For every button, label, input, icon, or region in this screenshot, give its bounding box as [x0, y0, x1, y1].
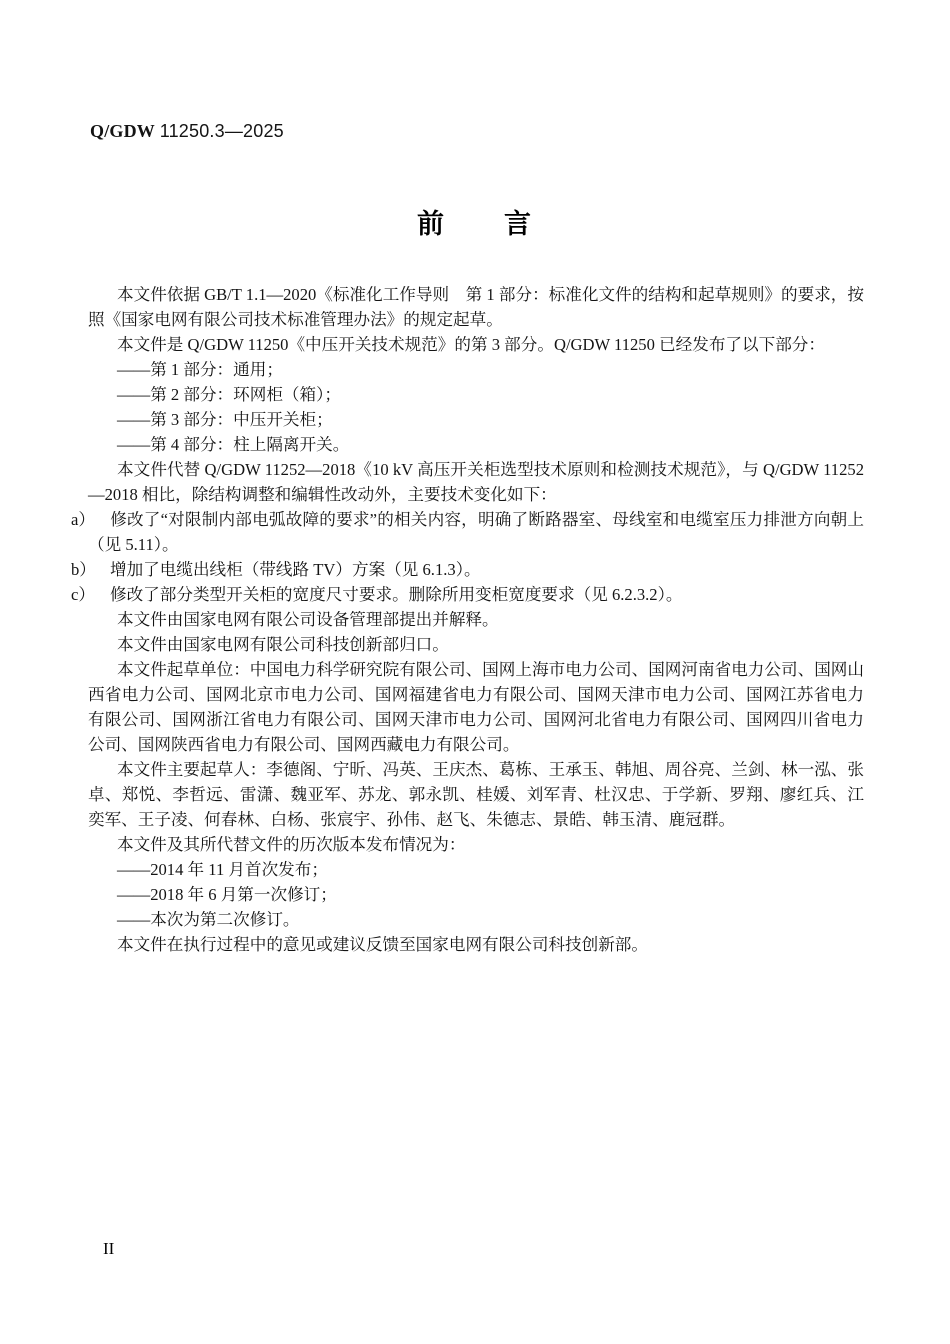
change-item-a-marker: a） — [71, 507, 110, 532]
change-item-b-text: 增加了电缆出线柜（带线路 TV）方案（见 6.1.3）。 — [110, 560, 481, 579]
change-item-b-marker: b） — [71, 557, 110, 582]
document-page: Q/GDW 11250.3—2025 前 言 本文件依据 GB/T 1.1—20… — [0, 0, 950, 1344]
change-list-item-c: c）修改了部分类型开关柜的宽度尺寸要求。删除所用变柜宽度要求（见 6.2.3.2… — [88, 582, 864, 607]
document-code-prefix: Q/GDW — [90, 121, 155, 141]
foreword-paragraph-proposer: 本文件由国家电网有限公司设备管理部提出并解释。 — [88, 607, 864, 632]
change-list-item-b: b）增加了电缆出线柜（带线路 TV）方案（见 6.1.3）。 — [88, 557, 864, 582]
foreword-paragraph-history-intro: 本文件及其所代替文件的历次版本发布情况为： — [88, 832, 864, 857]
change-item-c-text: 修改了部分类型开关柜的宽度尺寸要求。删除所用变柜宽度要求（见 6.2.3.2）。 — [110, 585, 682, 604]
part-list-item-3: ——第 3 部分：中压开关柜； — [88, 407, 864, 432]
foreword-body: 本文件依据 GB/T 1.1—2020《标准化工作导则 第 1 部分：标准化文件… — [88, 282, 864, 957]
part-list-item-1: ——第 1 部分：通用； — [88, 357, 864, 382]
foreword-paragraph-replacement: 本文件代替 Q/GDW 11252—2018《10 kV 高压开关柜选型技术原则… — [88, 457, 864, 507]
page-number: II — [103, 1239, 114, 1259]
part-list-item-4: ——第 4 部分：柱上隔离开关。 — [88, 432, 864, 457]
change-item-a-text: 修改了“对限制内部电弧故障的要求”的相关内容，明确了断路器室、母线室和电缆室压力… — [88, 510, 864, 554]
change-list-item-a: a）修改了“对限制内部电弧故障的要求”的相关内容，明确了断路器室、母线室和电缆室… — [88, 507, 864, 557]
document-code-header: Q/GDW 11250.3—2025 — [90, 121, 284, 142]
drafting-units-paragraph: 本文件起草单位：中国电力科学研究院有限公司、国网上海市电力公司、国网河南省电力公… — [88, 657, 864, 757]
document-code-number: 11250.3—2025 — [160, 121, 284, 141]
drafters-paragraph: 本文件主要起草人：李德阁、宁昕、冯英、王庆杰、葛栋、王承玉、韩旭、周谷亮、兰剑、… — [88, 757, 864, 832]
feedback-paragraph: 本文件在执行过程中的意见或建议反馈至国家电网有限公司科技创新部。 — [88, 932, 864, 957]
foreword-title: 前 言 — [0, 202, 950, 241]
history-list-item-3: ——本次为第二次修订。 — [88, 907, 864, 932]
foreword-paragraph-centralized: 本文件由国家电网有限公司科技创新部归口。 — [88, 632, 864, 657]
foreword-paragraph-series: 本文件是 Q/GDW 11250《中压开关技术规范》的第 3 部分。Q/GDW … — [88, 332, 864, 357]
part-list-item-2: ——第 2 部分：环网柜（箱）； — [88, 382, 864, 407]
history-list-item-2: ——2018 年 6 月第一次修订； — [88, 882, 864, 907]
foreword-paragraph-basis: 本文件依据 GB/T 1.1—2020《标准化工作导则 第 1 部分：标准化文件… — [88, 282, 864, 332]
change-item-c-marker: c） — [71, 582, 110, 607]
history-list-item-1: ——2014 年 11 月首次发布； — [88, 857, 864, 882]
